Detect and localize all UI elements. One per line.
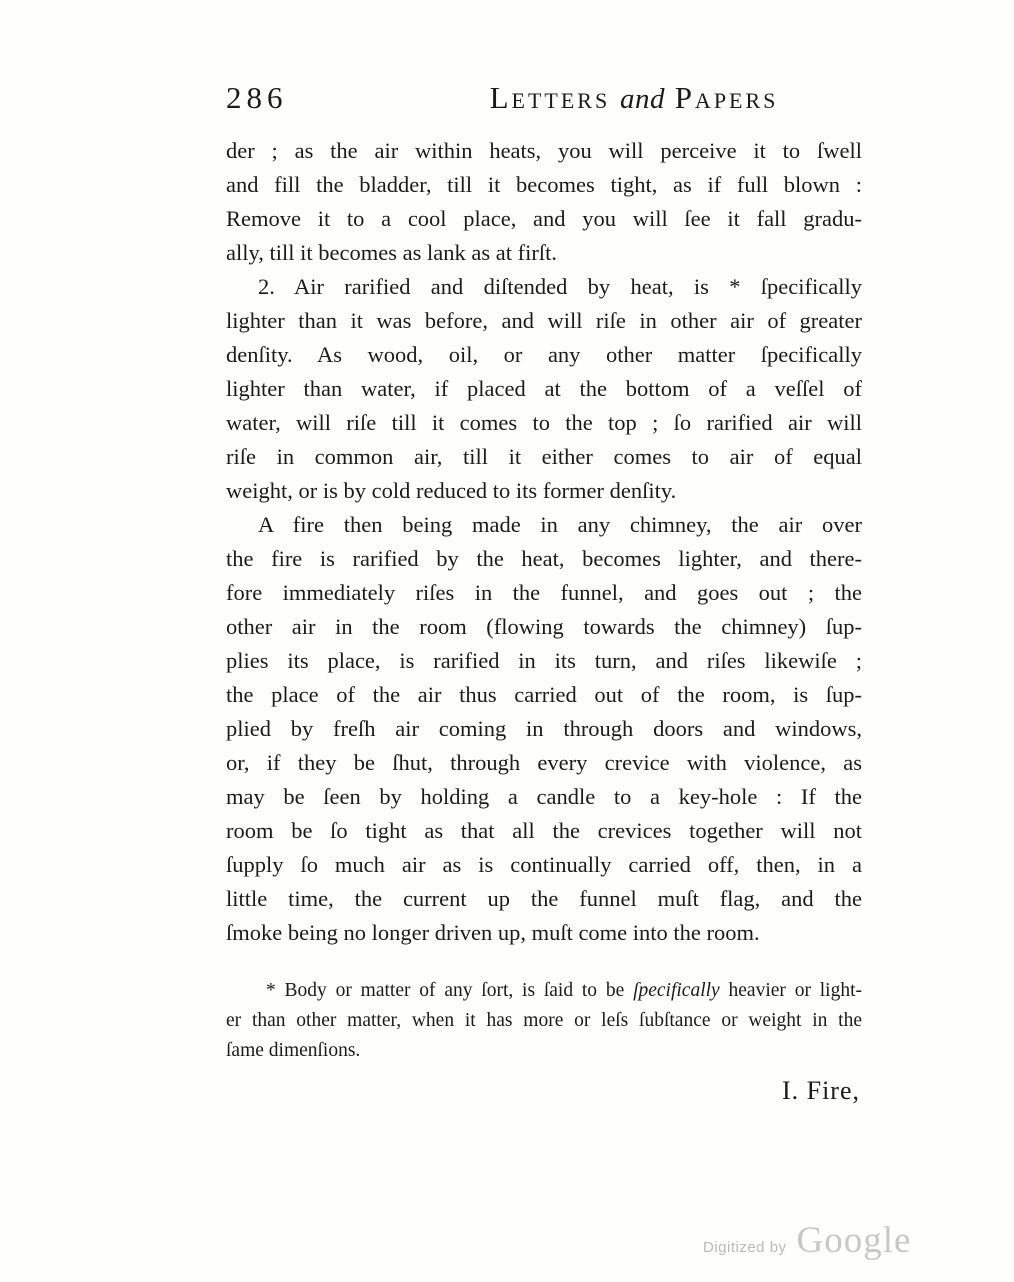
text-line: ſame dimenſions. bbox=[226, 1036, 862, 1066]
text-segment: heavier or light- bbox=[720, 980, 862, 1001]
text-line: 2. Air rarified and diſtended by heat, i… bbox=[226, 270, 862, 304]
text-line: denſity. As wood, oil, or any other matt… bbox=[226, 338, 862, 372]
text-line: little time, the current up the funnel m… bbox=[226, 882, 862, 916]
text-line: ſupply ſo much air as is continually car… bbox=[226, 848, 862, 882]
page-content: 286 Letters and Papers der ; as the air … bbox=[226, 80, 862, 1106]
google-watermark: Digitized by Google bbox=[703, 1219, 911, 1262]
italic-text-segment: ſpecifically bbox=[633, 980, 720, 1001]
body-text: der ; as the air within heats, you will … bbox=[226, 134, 862, 950]
text-line: or, if they be ſhut, through every crevi… bbox=[226, 746, 862, 780]
text-line: the fire is rarified by the heat, become… bbox=[226, 542, 862, 576]
running-title: Letters and Papers bbox=[336, 80, 862, 116]
text-line: Remove it to a cool place, and you will … bbox=[226, 202, 862, 236]
catchword: I. Fire, bbox=[226, 1076, 862, 1106]
text-line: plied by freſh air coming in through doo… bbox=[226, 712, 862, 746]
footnote: * Body or matter of any ſort, is ſaid to… bbox=[226, 976, 862, 1066]
page-number: 286 bbox=[226, 80, 336, 116]
text-line: der ; as the air within heats, you will … bbox=[226, 134, 862, 168]
text-line: and fill the bladder, till it becomes ti… bbox=[226, 168, 862, 202]
text-line: lighter than water, if placed at the bot… bbox=[226, 372, 862, 406]
text-line: room be ſo tight as that all the crevice… bbox=[226, 814, 862, 848]
text-line: ſmoke being no longer driven up, muſt co… bbox=[226, 916, 862, 950]
text-line: may be ſeen by holding a candle to a key… bbox=[226, 780, 862, 814]
text-line: ally, till it becomes as lank as at firſ… bbox=[226, 236, 862, 270]
text-line: A fire then being made in any chimney, t… bbox=[226, 508, 862, 542]
text-line: plies its place, is rarified in its turn… bbox=[226, 644, 862, 678]
title-word-letters: Letters bbox=[490, 80, 611, 115]
title-word-papers: Papers bbox=[675, 80, 779, 115]
watermark-prefix: Digitized by bbox=[703, 1239, 787, 1256]
title-word-and: and bbox=[620, 83, 665, 115]
text-segment: * Body or matter of any ſort, is ſaid to… bbox=[266, 980, 633, 1001]
scanned-book-page: 286 Letters and Papers der ; as the air … bbox=[0, 0, 1014, 1282]
text-line: the place of the air thus carried out of… bbox=[226, 678, 862, 712]
text-line: er than other matter, when it has more o… bbox=[226, 1006, 862, 1036]
text-line: weight, or is by cold reduced to its for… bbox=[226, 474, 862, 508]
text-line: * Body or matter of any ſort, is ſaid to… bbox=[226, 976, 862, 1006]
text-line: water, will riſe till it comes to the to… bbox=[226, 406, 862, 440]
watermark-brand: Google bbox=[797, 1219, 912, 1262]
running-header: 286 Letters and Papers bbox=[226, 80, 862, 122]
text-line: lighter than it was before, and will riſ… bbox=[226, 304, 862, 338]
text-line: fore immediately riſes in the funnel, an… bbox=[226, 576, 862, 610]
text-line: riſe in common air, till it either comes… bbox=[226, 440, 862, 474]
text-line: other air in the room (flowing towards t… bbox=[226, 610, 862, 644]
